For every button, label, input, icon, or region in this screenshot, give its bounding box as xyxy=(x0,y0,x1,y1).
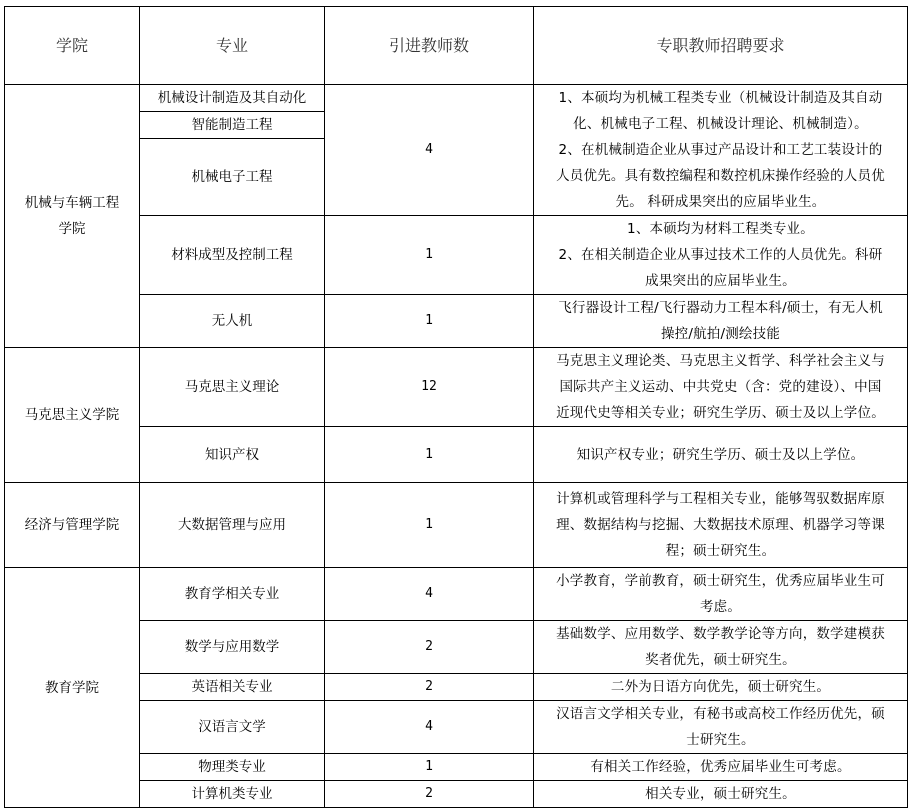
table-row: 机械与车辆工程 学院 机械设计制造及其自动化 4 1、本硕均为机械工程类专业（机… xyxy=(5,85,908,112)
requirement-line: 理、数据结构与挖掘、大数据技术原理、机器学习等课 xyxy=(542,512,899,538)
table-row: 教育学院 教育学相关专业 4 小学教育，学前教育，硕士研究生，优秀应届毕业生可 … xyxy=(5,568,908,621)
major-cell: 知识产权 xyxy=(140,427,325,483)
count-cell: 1 xyxy=(325,483,534,568)
requirement-line: 2、在相关制造企业从事过技术工作的人员优先。科研 xyxy=(542,242,899,268)
college-cell: 教育学院 xyxy=(5,568,140,808)
requirements-cell: 计算机或管理科学与工程相关专业，能够驾驭数据库原 理、数据结构与挖掘、大数据技术… xyxy=(534,483,908,568)
requirements-cell: 马克思主义理论类、马克思主义哲学、科学社会主义与 国际共产主义运动、中共党史（含… xyxy=(534,348,908,427)
table-row: 材料成型及控制工程 1 1、本硕均为材料工程类专业。 2、在相关制造企业从事过技… xyxy=(5,216,908,295)
requirement-line: 基础数学、应用数学、数学教学论等方向，数学建模获 xyxy=(542,621,899,647)
table-row: 计算机类专业 2 相关专业，硕士研究生。 xyxy=(5,781,908,808)
requirement-line: 有相关工作经验，优秀应届毕业生可考虑。 xyxy=(542,754,899,780)
requirement-line: 飞行器设计工程/飞行器动力工程本科/硕士，有无人机 xyxy=(542,295,899,321)
header-major: 专业 xyxy=(140,7,325,85)
header-requirements: 专职教师招聘要求 xyxy=(534,7,908,85)
requirement-line: 成果突出的应届毕业生。 xyxy=(542,268,899,294)
count-cell: 4 xyxy=(325,85,534,216)
header-count: 引进教师数 xyxy=(325,7,534,85)
table-row: 物理类专业 1 有相关工作经验，优秀应届毕业生可考虑。 xyxy=(5,754,908,781)
major-cell: 马克思主义理论 xyxy=(140,348,325,427)
header-row: 学院 专业 引进教师数 专职教师招聘要求 xyxy=(5,7,908,85)
major-cell: 汉语言文学 xyxy=(140,701,325,754)
major-cell: 大数据管理与应用 xyxy=(140,483,325,568)
college-name-line: 学院 xyxy=(11,216,133,242)
requirement-line: 先。 科研成果突出的应届毕业生。 xyxy=(542,189,899,215)
college-cell: 经济与管理学院 xyxy=(5,483,140,568)
requirements-cell: 汉语言文学相关专业，有秘书或高校工作经历优先，硕 士研究生。 xyxy=(534,701,908,754)
major-cell: 物理类专业 xyxy=(140,754,325,781)
count-cell: 12 xyxy=(325,348,534,427)
major-cell: 机械电子工程 xyxy=(140,139,325,216)
count-cell: 2 xyxy=(325,621,534,674)
requirement-line: 小学教育，学前教育，硕士研究生，优秀应届毕业生可 xyxy=(542,568,899,594)
requirement-line: 近现代史等相关专业；研究生学历、硕士及以上学位。 xyxy=(542,400,899,426)
major-cell: 机械设计制造及其自动化 xyxy=(140,85,325,112)
requirement-line: 2、在机械制造企业从事过产品设计和工艺工装设计的 xyxy=(542,137,899,163)
table-row: 知识产权 1 知识产权专业；研究生学历、硕士及以上学位。 xyxy=(5,427,908,483)
count-cell: 1 xyxy=(325,216,534,295)
requirement-line: 计算机或管理科学与工程相关专业，能够驾驭数据库原 xyxy=(542,486,899,512)
count-cell: 1 xyxy=(325,427,534,483)
requirement-line: 奖者优先，硕士研究生。 xyxy=(542,647,899,673)
major-cell: 材料成型及控制工程 xyxy=(140,216,325,295)
requirement-line: 知识产权专业；研究生学历、硕士及以上学位。 xyxy=(542,442,899,468)
header-college: 学院 xyxy=(5,7,140,85)
requirements-cell: 二外为日语方向优先，硕士研究生。 xyxy=(534,674,908,701)
college-cell: 马克思主义学院 xyxy=(5,348,140,483)
table-row: 数学与应用数学 2 基础数学、应用数学、数学教学论等方向，数学建模获 奖者优先，… xyxy=(5,621,908,674)
count-cell: 4 xyxy=(325,701,534,754)
requirement-line: 操控/航拍/测绘技能 xyxy=(542,321,899,347)
requirement-line: 程；硕士研究生。 xyxy=(542,538,899,564)
requirement-line: 1、本硕均为机械工程类专业（机械设计制造及其自动 xyxy=(542,85,899,111)
table-row: 无人机 1 飞行器设计工程/飞行器动力工程本科/硕士，有无人机 操控/航拍/测绘… xyxy=(5,295,908,348)
requirements-cell: 飞行器设计工程/飞行器动力工程本科/硕士，有无人机 操控/航拍/测绘技能 xyxy=(534,295,908,348)
requirements-cell: 知识产权专业；研究生学历、硕士及以上学位。 xyxy=(534,427,908,483)
requirement-line: 汉语言文学相关专业，有秘书或高校工作经历优先，硕 xyxy=(542,701,899,727)
requirements-cell: 有相关工作经验，优秀应届毕业生可考虑。 xyxy=(534,754,908,781)
count-cell: 1 xyxy=(325,754,534,781)
count-cell: 2 xyxy=(325,674,534,701)
table-row: 经济与管理学院 大数据管理与应用 1 计算机或管理科学与工程相关专业，能够驾驭数… xyxy=(5,483,908,568)
major-cell: 教育学相关专业 xyxy=(140,568,325,621)
requirements-cell: 1、本硕均为机械工程类专业（机械设计制造及其自动 化、机械电子工程、机械设计理论… xyxy=(534,85,908,216)
requirement-line: 国际共产主义运动、中共党史（含：党的建设）、中国 xyxy=(542,374,899,400)
major-cell: 智能制造工程 xyxy=(140,112,325,139)
requirements-cell: 基础数学、应用数学、数学教学论等方向，数学建模获 奖者优先，硕士研究生。 xyxy=(534,621,908,674)
requirement-line: 二外为日语方向优先，硕士研究生。 xyxy=(542,674,899,700)
college-name-line: 机械与车辆工程 xyxy=(11,190,133,216)
table-row: 汉语言文学 4 汉语言文学相关专业，有秘书或高校工作经历优先，硕 士研究生。 xyxy=(5,701,908,754)
requirement-line: 人员优先。具有数控编程和数控机床操作经验的人员优 xyxy=(542,163,899,189)
table-row: 马克思主义学院 马克思主义理论 12 马克思主义理论类、马克思主义哲学、科学社会… xyxy=(5,348,908,427)
college-cell: 机械与车辆工程 学院 xyxy=(5,85,140,348)
recruitment-table: 学院 专业 引进教师数 专职教师招聘要求 机械与车辆工程 学院 机械设计制造及其… xyxy=(4,6,908,808)
requirements-cell: 1、本硕均为材料工程类专业。 2、在相关制造企业从事过技术工作的人员优先。科研 … xyxy=(534,216,908,295)
requirements-cell: 小学教育，学前教育，硕士研究生，优秀应届毕业生可 考虑。 xyxy=(534,568,908,621)
major-cell: 数学与应用数学 xyxy=(140,621,325,674)
count-cell: 2 xyxy=(325,781,534,808)
count-cell: 1 xyxy=(325,295,534,348)
major-cell: 计算机类专业 xyxy=(140,781,325,808)
requirement-line: 化、机械电子工程、机械设计理论、机械制造）。 xyxy=(542,111,899,137)
requirements-cell: 相关专业，硕士研究生。 xyxy=(534,781,908,808)
major-cell: 无人机 xyxy=(140,295,325,348)
major-cell: 英语相关专业 xyxy=(140,674,325,701)
table-row: 英语相关专业 2 二外为日语方向优先，硕士研究生。 xyxy=(5,674,908,701)
requirement-line: 相关专业，硕士研究生。 xyxy=(542,781,899,807)
requirement-line: 1、本硕均为材料工程类专业。 xyxy=(542,216,899,242)
requirement-line: 士研究生。 xyxy=(542,727,899,753)
requirement-line: 马克思主义理论类、马克思主义哲学、科学社会主义与 xyxy=(542,348,899,374)
count-cell: 4 xyxy=(325,568,534,621)
requirement-line: 考虑。 xyxy=(542,594,899,620)
